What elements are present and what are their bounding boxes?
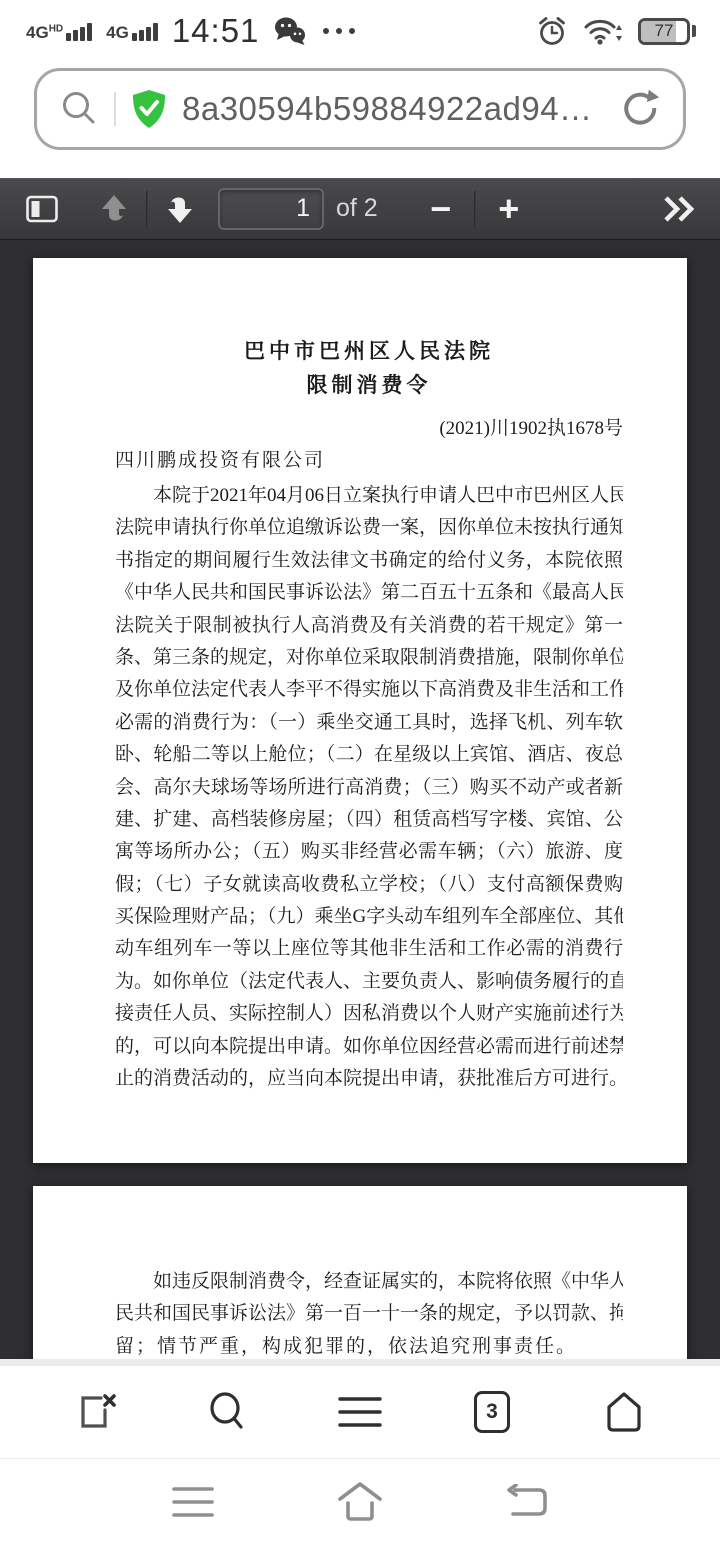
document-text-line: 卧、轮船二等以上舱位；（二）在星级以上宾馆、酒店、夜总 xyxy=(115,739,623,771)
battery-icon: 77 xyxy=(638,18,696,45)
document-text-line: 止的消费活动的，应当向本院提出申请，获批准后方可进行。 xyxy=(115,1063,623,1095)
recipient-name: 四川鹏成投资有限公司 xyxy=(115,446,623,476)
system-navigation-bar xyxy=(0,1458,720,1544)
recent-apps-button[interactable] xyxy=(153,1467,233,1537)
document-text-line: 寓等场所办公；（五）购买非经营必需车辆；（六）旅游、度 xyxy=(115,836,623,868)
document-text-line: 会、高尔夫球场等场所进行高消费；（三）购买不动产或者新 xyxy=(115,772,623,804)
pdf-page-2: 如违反限制消费令，经查证属实的，本院将依照《中华人民共和国民事诉讼法》第一百一十… xyxy=(33,1186,687,1366)
refresh-icon[interactable] xyxy=(619,88,661,130)
tab-count-badge: 3 xyxy=(474,1391,510,1433)
alarm-icon xyxy=(536,15,568,47)
nav-back-button[interactable] xyxy=(487,1467,567,1537)
document-text-line: 条、第三条的规定，对你单位采取限制消费措施，限制你单位 xyxy=(115,642,623,674)
search-icon xyxy=(59,89,99,129)
page-number-input[interactable] xyxy=(218,188,324,230)
document-text-line: 接责任人员、实际控制人）因私消费以个人财产实施前述行为 xyxy=(115,998,623,1030)
wechat-icon xyxy=(273,16,307,46)
pdf-page-1: 巴中市巴州区人民法院 限制消费令 (2021)川1902执1678号 四川鹏成投… xyxy=(33,258,687,1163)
pdf-toolbar: of 2 − + xyxy=(0,178,720,240)
toolbar-expand-button[interactable] xyxy=(654,178,706,240)
address-divider xyxy=(114,92,116,126)
zoom-in-button[interactable]: + xyxy=(486,178,532,240)
page-down-button[interactable] xyxy=(158,178,202,240)
document-text-line: 为。如你单位（法定代表人、主要负责人、影响债务履行的直 xyxy=(115,966,623,998)
pdf-viewer[interactable]: 巴中市巴州区人民法院 限制消费令 (2021)川1902执1678号 四川鹏成投… xyxy=(0,240,720,1366)
document-text-line: 建、扩建、高档装修房屋；（四）租赁高档写字楼、宾馆、公 xyxy=(115,804,623,836)
case-number: (2021)川1902执1678号 xyxy=(115,414,623,444)
network-indicator-secondary: 4G xyxy=(106,21,158,41)
status-time: 14:51 xyxy=(172,12,260,50)
toolbar-separator-2 xyxy=(474,191,476,227)
document-text-line: 及你单位法定代表人李平不得实施以下高消费及非生活和工作 xyxy=(115,674,623,706)
network-type-label: 4GHD xyxy=(26,24,63,41)
document-text-line: 买保险理财产品；（九）乘坐G字头动车组列车全部座位、其他 xyxy=(115,901,623,933)
home-button[interactable] xyxy=(584,1372,664,1452)
browser-bottom-bar: 3 xyxy=(0,1366,720,1458)
document-text-line: 假；（七）子女就读高收费私立学校；（八）支付高额保费购 xyxy=(115,869,623,901)
url-text: 8a30594b59884922ad94… xyxy=(182,90,604,128)
viewer-bottom-strip xyxy=(0,1359,720,1366)
hd-badge: HD xyxy=(49,23,63,34)
wifi-icon xyxy=(583,16,623,46)
document-body-page1: 本院于2021年04月06日立案执行申请人巴中市巴州区人民法院申请执行你单位追缴… xyxy=(115,480,623,1095)
document-text-line: 如违反限制消费令，经查证属实的，本院将依照《中华人 xyxy=(115,1266,623,1298)
page-up-button[interactable] xyxy=(92,178,136,240)
menu-button[interactable] xyxy=(320,1372,400,1452)
document-text-line: 的，可以向本院提出申请。如你单位因经营必需而进行前述禁 xyxy=(115,1031,623,1063)
document-title: 限制消费令 xyxy=(115,372,623,398)
status-bar: 4GHD 4G 14:51 xyxy=(0,0,720,56)
network-indicator-primary: 4GHD xyxy=(26,21,92,41)
more-icon xyxy=(323,28,355,34)
document-text-line: 民共和国民事诉讼法》第一百一十一条的规定，予以罚款、拘 xyxy=(115,1298,623,1330)
nav-home-button[interactable] xyxy=(320,1467,400,1537)
tabs-button[interactable]: 3 xyxy=(452,1372,532,1452)
battery-percent: 77 xyxy=(641,21,687,42)
phone-screen: 4GHD 4G 14:51 xyxy=(0,0,720,1544)
sidebar-toggle-button[interactable] xyxy=(14,178,70,240)
document-text-line: 必需的消费行为：（一）乘坐交通工具时，选择飞机、列车软 xyxy=(115,707,623,739)
document-text-line: 本院于2021年04月06日立案执行申请人巴中市巴州区人民 xyxy=(115,480,623,512)
search-button[interactable] xyxy=(188,1372,268,1452)
address-bar[interactable]: 8a30594b59884922ad94… xyxy=(34,68,686,150)
court-title: 巴中市巴州区人民法院 xyxy=(115,338,623,364)
document-text-line: 书指定的期间履行生效法律文书确定的给付义务，本院依照 xyxy=(115,545,623,577)
toolbar-separator xyxy=(146,191,148,227)
signal-bars-icon xyxy=(66,21,92,41)
zoom-out-button[interactable]: − xyxy=(418,178,464,240)
document-text-line: 法院关于限制被执行人高消费及有关消费的若干规定》第一 xyxy=(115,610,623,642)
document-body-page2: 如违反限制消费令，经查证属实的，本院将依照《中华人民共和国民事诉讼法》第一百一十… xyxy=(115,1266,623,1363)
security-shield-icon xyxy=(131,89,167,129)
browser-address-row: 8a30594b59884922ad94… xyxy=(0,56,720,178)
signal-bars-icon-2 xyxy=(132,21,158,41)
document-text-line: 动车组列车一等以上座位等其他非生活和工作必需的消费行 xyxy=(115,933,623,965)
document-text-line: 法院申请执行你单位追缴诉讼费一案，因你单位未按执行通知 xyxy=(115,512,623,544)
page-count-label: of 2 xyxy=(336,194,378,223)
document-text-line: 《中华人民共和国民事诉讼法》第二百五十五条和《最高人民 xyxy=(115,577,623,609)
network-type-label-2: 4G xyxy=(106,24,129,41)
exit-page-button[interactable] xyxy=(56,1372,136,1452)
